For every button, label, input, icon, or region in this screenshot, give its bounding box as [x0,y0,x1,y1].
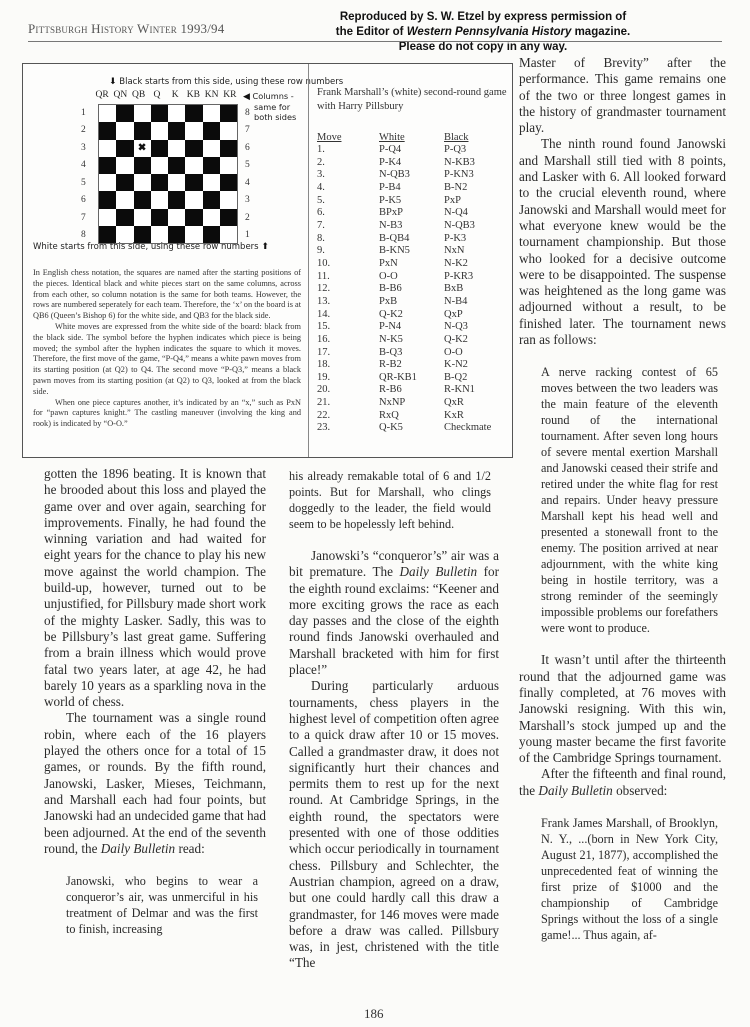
move-row: 3.N-QB3P-KN3 [317,169,491,182]
move-number: 7. [317,220,379,233]
board-square [203,209,220,226]
board-square [203,174,220,191]
white-move: B-Q3 [379,347,444,360]
black-move: QxR [444,397,491,410]
move-row: 20.R-B6R-KN1 [317,384,491,397]
paragraph-text: read: [175,841,205,856]
header-rule [28,41,722,42]
move-number: 12. [317,283,379,296]
board-square [168,157,185,174]
white-move: R-B2 [379,359,444,372]
moves-header-row: Move White Black [317,130,491,144]
white-side-caption: White starts from this side, using these… [33,242,259,252]
publication-name: Daily Bulletin [101,841,175,856]
board-square [99,105,116,122]
move-row: 4.P-B4B-N2 [317,182,491,195]
permission-line-2: the Editor of Western Pennsylvania Histo… [318,25,648,40]
board-square [185,174,202,191]
board-square [220,226,237,243]
move-row: 5.P-K5PxP [317,195,491,208]
move-row: 9.B-KN5NxN [317,245,491,258]
black-move: B-Q2 [444,372,491,385]
white-move: B-B6 [379,283,444,296]
black-move: BxB [444,283,491,296]
board-square [134,209,151,226]
figure-divider [308,64,309,457]
move-row: 16.N-K5Q-K2 [317,334,491,347]
white-move: N-K5 [379,334,444,347]
black-move: Q-K2 [444,334,491,347]
board-square [220,209,237,226]
move-number: 4. [317,182,379,195]
row-label: 8 [245,104,250,122]
board-square [185,191,202,208]
move-row: 14.Q-K2QxP [317,309,491,322]
game-title: Frank Marshall’s (white) second-round ga… [317,86,507,113]
board-square [134,226,151,243]
column-label: QR [93,90,111,100]
board-square [151,209,168,226]
body-paragraph: Master of Brevity” after the performance… [519,55,726,136]
move-row: 15.P-N4N-Q3 [317,321,491,334]
body-paragraph: After the fifteenth and final round, the… [519,766,726,799]
move-row: 18.R-B2K-N2 [317,359,491,372]
block-quote: Frank James Marshall, of Brooklyn, N. Y.… [541,815,718,943]
board-square [116,122,133,139]
black-move: B-N2 [444,182,491,195]
paragraph-text: The tournament was a single round robin,… [44,710,266,855]
board-column-labels: QR QN QB Q K KB KN KR [93,90,239,100]
move-number: 3. [317,169,379,182]
board-square [185,157,202,174]
move-number: 19. [317,372,379,385]
black-move: N-K2 [444,258,491,271]
board-square [203,140,220,157]
board-square [168,209,185,226]
notation-paragraph: White moves are expressed from the white… [33,322,301,398]
board-square [185,140,202,157]
move-number: 15. [317,321,379,334]
white-move: BPxP [379,207,444,220]
permission-notice: Reproduced by S. W. Etzel by express per… [318,10,648,55]
black-move: P-KN3 [444,169,491,182]
board-square [99,209,116,226]
board-square [168,140,185,157]
board-square: ✖ [134,140,151,157]
board-square [168,174,185,191]
board-square [220,105,237,122]
board-square [151,191,168,208]
white-move: P-B4 [379,182,444,195]
board-row-labels-left: 1 2 3 4 5 6 7 8 [81,104,86,244]
white-move: P-K4 [379,157,444,170]
move-number: 13. [317,296,379,309]
black-side-caption: Black starts from this side, using these… [119,77,343,87]
white-move: B-QB4 [379,233,444,246]
permission-suffix: magazine. [571,26,630,38]
board-square [168,122,185,139]
body-paragraph: The tournament was a single round robin,… [44,710,266,857]
board-square [116,209,133,226]
move-number: 8. [317,233,379,246]
board-square [151,105,168,122]
magazine-name: Western Pennsylvania History [407,26,572,38]
board-square [134,105,151,122]
move-number: 21. [317,397,379,410]
page-number: 186 [364,1006,384,1022]
white-move: O-O [379,271,444,284]
notation-paragraph: When one piece captures another, it’s in… [33,398,301,430]
board-square [134,122,151,139]
board-square [151,157,168,174]
board-square [203,157,220,174]
row-label: 6 [245,139,250,157]
board-square [203,122,220,139]
black-move: N-B4 [444,296,491,309]
white-move: P-N4 [379,321,444,334]
board-square [203,191,220,208]
body-paragraph: gotten the 1896 beating. It is known tha… [44,466,266,710]
white-move: P-K5 [379,195,444,208]
board-square [203,105,220,122]
move-number: 9. [317,245,379,258]
columns-note-line: same for [243,102,296,112]
row-label: 2 [245,209,250,227]
row-label: 5 [81,174,86,192]
row-label: 1 [81,104,86,122]
board-square [134,157,151,174]
column-label: QB [130,90,148,100]
black-move: N-Q3 [444,321,491,334]
publication-name: Daily Bulletin [400,564,478,579]
article-column-3: Master of Brevity” after the performance… [519,55,726,943]
column-label: K [166,90,184,100]
column-label: KN [203,90,221,100]
move-row: 11.O-OP-KR3 [317,271,491,284]
board-square [168,105,185,122]
black-move: R-KN1 [444,384,491,397]
moves-table: Move White Black 1.P-Q4P-Q32.P-K4N-KB33.… [317,130,512,435]
board-square [151,122,168,139]
permission-prefix: the Editor of [336,26,407,38]
row-label: 7 [81,209,86,227]
board-square [99,157,116,174]
board-square [151,174,168,191]
white-move: Q-K2 [379,309,444,322]
move-number: 10. [317,258,379,271]
white-move: QR-KB1 [379,372,444,385]
move-row: 17.B-Q3O-O [317,347,491,360]
board-square [185,122,202,139]
arrow-down-icon: ⬇ [109,77,117,87]
white-move: NxNP [379,397,444,410]
board-square [99,174,116,191]
move-number: 5. [317,195,379,208]
body-paragraph: It wasn’t until after the thirteenth rou… [519,652,726,766]
row-label: 5 [245,157,250,175]
board-square [134,191,151,208]
header-black: Black [444,130,491,144]
board-square [99,122,116,139]
black-move: QxP [444,309,491,322]
body-paragraph: The ninth round found Janowski and Marsh… [519,136,726,348]
notation-paragraph: In English chess notation, the squares a… [33,268,301,322]
move-row: 1.P-Q4P-Q3 [317,144,491,157]
column-label: Q [148,90,166,100]
board-square [220,174,237,191]
paragraph-text: observed: [613,783,668,798]
white-move: R-B6 [379,384,444,397]
board-square [116,157,133,174]
publication-name: Daily Bulletin [538,783,612,798]
board-square [185,105,202,122]
move-row: 23.Q-K5Checkmate [317,422,491,435]
paragraph-text: for the eighth round exclaims: “Keener a… [289,564,499,677]
arrow-left-icon: ◀ [243,92,250,102]
white-move: P-Q4 [379,144,444,157]
board-square [220,157,237,174]
body-paragraph: During particularly arduous tournaments,… [289,678,499,971]
move-row: 6.BPxPN-Q4 [317,207,491,220]
header-white: White [379,130,444,144]
row-label: 4 [245,174,250,192]
black-move: N-Q4 [444,207,491,220]
white-move: N-B3 [379,220,444,233]
white-move: B-KN5 [379,245,444,258]
publication-title: Pittsburgh History Winter 1993/94 [28,21,224,37]
board-square [203,226,220,243]
arrow-up-icon: ⬆ [261,242,269,252]
move-row: 13.PxBN-B4 [317,296,491,309]
move-number: 2. [317,157,379,170]
black-move: P-Q3 [444,144,491,157]
row-label: 7 [245,122,250,140]
move-number: 6. [317,207,379,220]
black-move: NxN [444,245,491,258]
permission-line-1: Reproduced by S. W. Etzel by express per… [318,10,648,25]
board-square [220,140,237,157]
chess-figure-box: ⬇ Black starts from this side, using the… [22,63,513,458]
black-move: KxR [444,410,491,423]
black-move: K-N2 [444,359,491,372]
move-number: 14. [317,309,379,322]
row-label: 3 [245,192,250,210]
white-move: PxN [379,258,444,271]
board-square [168,191,185,208]
columns-note-line: both sides [243,112,296,122]
move-number: 17. [317,347,379,360]
board-row-labels-right: 8 7 6 5 4 3 2 1 [245,104,250,244]
row-label: 4 [81,157,86,175]
board-square [99,140,116,157]
move-row: 8.B-QB4P-K3 [317,233,491,246]
board-square [134,174,151,191]
row-label: 6 [81,192,86,210]
columns-note: ◀ Columns - same for both sides [243,91,296,122]
column-label: KR [221,90,239,100]
block-quote: his already remakable total of 6 and 1/2… [289,468,491,532]
move-number: 22. [317,410,379,423]
board-square [116,174,133,191]
board-square [116,226,133,243]
notation-explanation: In English chess notation, the squares a… [33,268,301,430]
chess-board: ✖ [98,104,238,244]
column-label: KB [184,90,202,100]
black-move: PxP [444,195,491,208]
board-square [116,140,133,157]
white-move: PxB [379,296,444,309]
board-square [99,191,116,208]
move-number: 16. [317,334,379,347]
block-quote: A nerve racking contest of 65 moves betw… [541,364,718,636]
board-square [116,105,133,122]
permission-line-3: Please do not copy in any way. [318,40,648,55]
white-move: Q-K5 [379,422,444,435]
move-number: 1. [317,144,379,157]
black-move: P-KR3 [444,271,491,284]
black-move: N-KB3 [444,157,491,170]
body-paragraph: Janowski’s “conqueror’s” air was a bit p… [289,548,499,678]
x-mark-icon: ✖ [138,143,146,154]
header-move: Move [317,130,379,144]
move-row: 21.NxNPQxR [317,397,491,410]
board-square [185,226,202,243]
board-square [220,191,237,208]
move-number: 18. [317,359,379,372]
block-quote: Janowski, who begins to wear a conqueror… [66,873,258,937]
article-column-1: gotten the 1896 beating. It is known tha… [44,466,266,937]
column-label: QN [111,90,129,100]
black-move: Checkmate [444,422,491,435]
move-number: 20. [317,384,379,397]
board-square [220,122,237,139]
board-square [185,209,202,226]
move-number: 11. [317,271,379,284]
move-row: 12.B-B6BxB [317,283,491,296]
black-move: O-O [444,347,491,360]
board-square [116,191,133,208]
move-row: 10.PxNN-K2 [317,258,491,271]
black-move: P-K3 [444,233,491,246]
article-column-2: his already remakable total of 6 and 1/2… [289,468,499,972]
row-label: 3 [81,139,86,157]
board-square [168,226,185,243]
row-label: 2 [81,122,86,140]
columns-note-line: Columns - [253,91,294,101]
move-number: 23. [317,422,379,435]
board-square [151,226,168,243]
white-move: N-QB3 [379,169,444,182]
move-row: 2.P-K4N-KB3 [317,157,491,170]
move-row: 19.QR-KB1B-Q2 [317,372,491,385]
move-row: 22.RxQKxR [317,410,491,423]
board-square [99,226,116,243]
board-caption-bottom: White starts from this side, using these… [33,242,269,252]
white-move: RxQ [379,410,444,423]
black-move: N-QB3 [444,220,491,233]
board-square [151,140,168,157]
move-row: 7.N-B3N-QB3 [317,220,491,233]
